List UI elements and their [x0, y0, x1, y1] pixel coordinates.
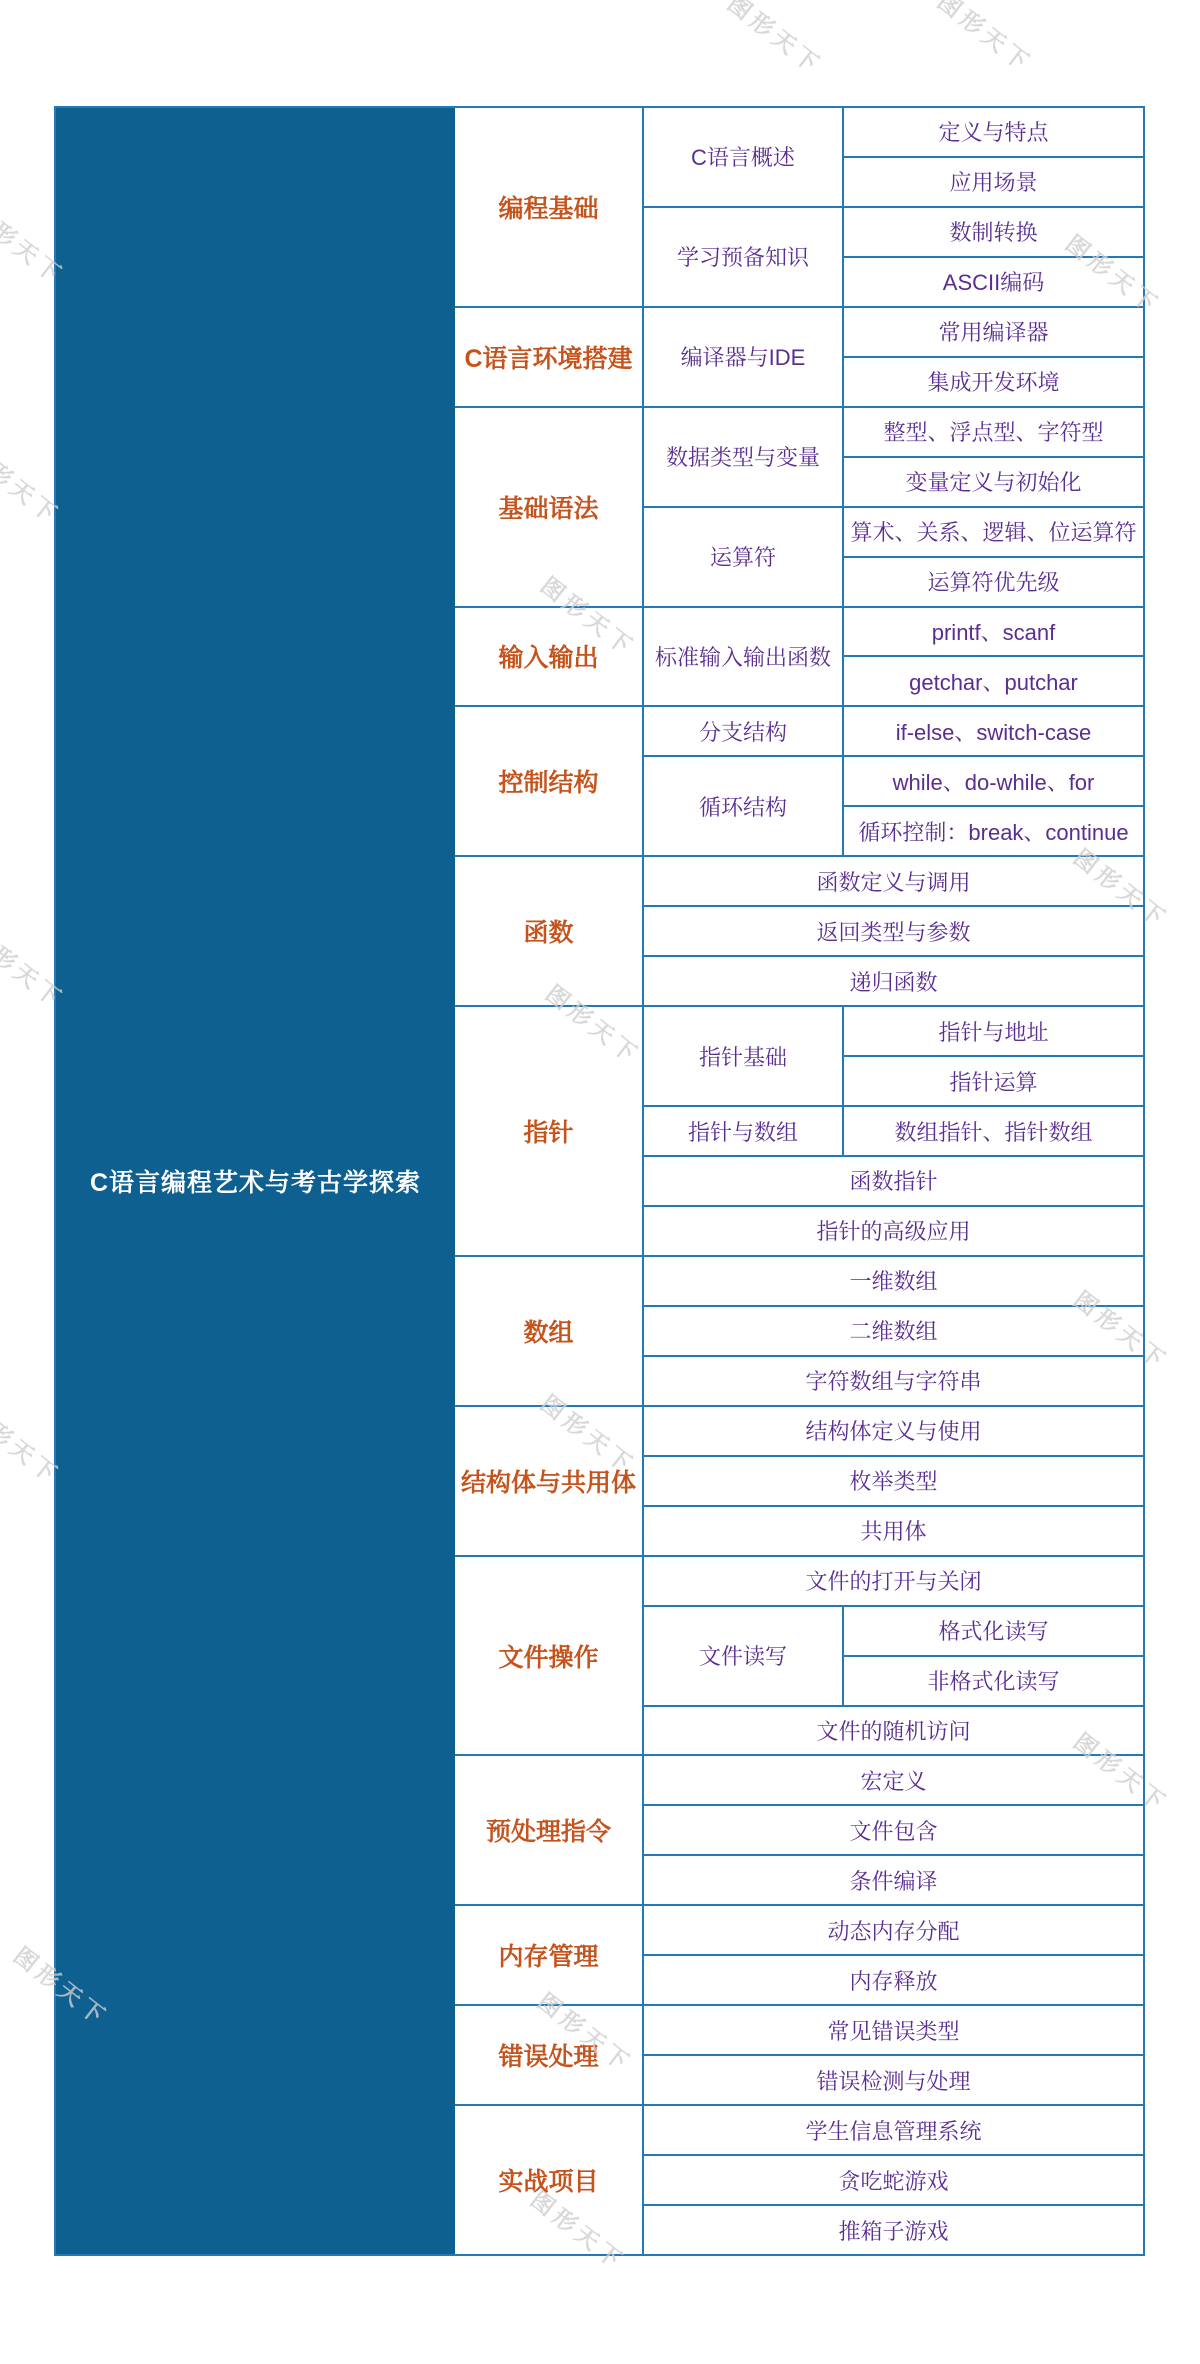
- group-row: 分支结构if-else、switch-case: [644, 707, 1143, 755]
- groups-container: 结构体定义与使用枚举类型共用体: [644, 1407, 1143, 1555]
- topic-cell: 预处理指令: [455, 1756, 644, 1904]
- group-row: 编译器与IDE常用编译器集成开发环境: [644, 308, 1143, 406]
- sections-container: 编程基础C语言概述定义与特点应用场景学习预备知识数制转换ASCII编码C语言环境…: [455, 108, 1143, 2254]
- topic-cell: 编程基础: [455, 108, 644, 306]
- subtopic-cell: C语言概述: [644, 108, 844, 206]
- groups-container: 学生信息管理系统贪吃蛇游戏推箱子游戏: [644, 2106, 1143, 2254]
- leaf-cell: 指针的高级应用: [644, 1205, 1143, 1255]
- groups-container: 标准输入输出函数printf、scanfgetchar、putchar: [644, 608, 1143, 706]
- subtopic-cell: 指针与数组: [644, 1107, 844, 1155]
- group-row: 宏定义文件包含条件编译: [644, 1756, 1143, 1904]
- groups-container: 分支结构if-else、switch-case循环结构while、do-whil…: [644, 707, 1143, 855]
- leaf-cell: 非格式化读写: [844, 1655, 1143, 1705]
- section-row: 控制结构分支结构if-else、switch-case循环结构while、do-…: [455, 705, 1143, 855]
- topic-cell: 内存管理: [455, 1906, 644, 2004]
- leaves-container: printf、scanfgetchar、putchar: [844, 608, 1143, 706]
- leaf-cell: 文件包含: [644, 1804, 1143, 1854]
- group-row: 一维数组二维数组字符数组与字符串: [644, 1257, 1143, 1405]
- section-row: 基础语法数据类型与变量整型、浮点型、字符型变量定义与初始化运算符算术、关系、逻辑…: [455, 406, 1143, 606]
- subtopic-cell: 指针基础: [644, 1007, 844, 1105]
- groups-container: C语言概述定义与特点应用场景学习预备知识数制转换ASCII编码: [644, 108, 1143, 306]
- leaf-cell: 共用体: [644, 1505, 1143, 1555]
- group-row: 指针与数组数组指针、指针数组: [644, 1105, 1143, 1155]
- topic-cell: 输入输出: [455, 608, 644, 706]
- topic-cell: 控制结构: [455, 707, 644, 855]
- topic-cell: C语言环境搭建: [455, 308, 644, 406]
- mindmap-page: C语言编程艺术与考古学探索 编程基础C语言概述定义与特点应用场景学习预备知识数制…: [0, 0, 1200, 2364]
- leaf-cell: 条件编译: [644, 1854, 1143, 1904]
- groups-container: 宏定义文件包含条件编译: [644, 1756, 1143, 1904]
- section-row: 输入输出标准输入输出函数printf、scanfgetchar、putchar: [455, 606, 1143, 706]
- root-topic-node: C语言编程艺术与考古学探索: [56, 108, 455, 2254]
- leaves-container: 格式化读写非格式化读写: [844, 1607, 1143, 1705]
- topic-cell: 实战项目: [455, 2106, 644, 2254]
- leaves-container: 结构体定义与使用枚举类型共用体: [644, 1407, 1143, 1555]
- leaf-cell: 二维数组: [644, 1305, 1143, 1355]
- leaves-container: 算术、关系、逻辑、位运算符运算符优先级: [844, 508, 1143, 606]
- subtopic-cell: 学习预备知识: [644, 208, 844, 306]
- subtopic-cell: 分支结构: [644, 707, 844, 755]
- group-row: 数据类型与变量整型、浮点型、字符型变量定义与初始化: [644, 408, 1143, 506]
- group-row: 文件读写格式化读写非格式化读写: [644, 1605, 1143, 1705]
- leaf-cell: if-else、switch-case: [844, 707, 1143, 755]
- groups-container: 常见错误类型错误检测与处理: [644, 2006, 1143, 2104]
- leaf-cell: 文件的随机访问: [644, 1707, 1143, 1755]
- topic-cell: 文件操作: [455, 1557, 644, 1755]
- section-row: 数组一维数组二维数组字符数组与字符串: [455, 1255, 1143, 1405]
- subtopic-cell: 运算符: [644, 508, 844, 606]
- leaf-cell: 结构体定义与使用: [644, 1407, 1143, 1455]
- leaves-container: 数制转换ASCII编码: [844, 208, 1143, 306]
- topic-cell: 基础语法: [455, 408, 644, 606]
- leaf-cell: 推箱子游戏: [644, 2204, 1143, 2254]
- subtopic-cell: 数据类型与变量: [644, 408, 844, 506]
- leaf-cell: 递归函数: [644, 955, 1143, 1005]
- leaves-container: 一维数组二维数组字符数组与字符串: [644, 1257, 1143, 1405]
- group-row: 动态内存分配内存释放: [644, 1906, 1143, 2004]
- group-row: 标准输入输出函数printf、scanfgetchar、putchar: [644, 608, 1143, 706]
- leaf-cell: 数制转换: [844, 208, 1143, 256]
- section-row: 文件操作文件的打开与关闭文件读写格式化读写非格式化读写文件的随机访问: [455, 1555, 1143, 1755]
- section-row: 指针指针基础指针与地址指针运算指针与数组数组指针、指针数组函数指针指针的高级应用: [455, 1005, 1143, 1255]
- groups-container: 编译器与IDE常用编译器集成开发环境: [644, 308, 1143, 406]
- group-row: 文件的打开与关闭: [644, 1557, 1143, 1605]
- leaves-container: 数组指针、指针数组: [844, 1107, 1143, 1155]
- leaves-container: 指针与地址指针运算: [844, 1007, 1143, 1105]
- watermark-text: 图形天下: [722, 0, 831, 81]
- leaf-cell: 常用编译器: [844, 308, 1143, 356]
- leaf-cell: getchar、putchar: [844, 655, 1143, 705]
- leaf-cell: while、do-while、for: [844, 757, 1143, 805]
- groups-container: 一维数组二维数组字符数组与字符串: [644, 1257, 1143, 1405]
- leaf-cell: 一维数组: [644, 1257, 1143, 1305]
- group-row: 文件的随机访问: [644, 1705, 1143, 1755]
- topic-cell: 函数: [455, 857, 644, 1005]
- leaf-cell: 运算符优先级: [844, 556, 1143, 606]
- leaf-cell: 枚举类型: [644, 1455, 1143, 1505]
- leaf-cell: 指针运算: [844, 1055, 1143, 1105]
- leaf-cell: 动态内存分配: [644, 1906, 1143, 1954]
- leaf-cell: ASCII编码: [844, 256, 1143, 306]
- section-row: 内存管理动态内存分配内存释放: [455, 1904, 1143, 2004]
- leaf-cell: 循环控制：break、continue: [844, 805, 1143, 855]
- groups-container: 动态内存分配内存释放: [644, 1906, 1143, 2004]
- leaves-container: 整型、浮点型、字符型变量定义与初始化: [844, 408, 1143, 506]
- topic-cell: 数组: [455, 1257, 644, 1405]
- group-row: 结构体定义与使用枚举类型共用体: [644, 1407, 1143, 1555]
- section-row: 实战项目学生信息管理系统贪吃蛇游戏推箱子游戏: [455, 2104, 1143, 2254]
- groups-container: 函数定义与调用返回类型与参数递归函数: [644, 857, 1143, 1005]
- topic-cell: 指针: [455, 1007, 644, 1255]
- leaf-cell: 函数定义与调用: [644, 857, 1143, 905]
- group-row: 函数定义与调用返回类型与参数递归函数: [644, 857, 1143, 1005]
- groups-container: 文件的打开与关闭文件读写格式化读写非格式化读写文件的随机访问: [644, 1557, 1143, 1755]
- group-row: 循环结构while、do-while、for循环控制：break、continu…: [644, 755, 1143, 855]
- group-row: 指针基础指针与地址指针运算: [644, 1007, 1143, 1105]
- section-row: 错误处理常见错误类型错误检测与处理: [455, 2004, 1143, 2104]
- leaf-cell: 变量定义与初始化: [844, 456, 1143, 506]
- leaves-container: 学生信息管理系统贪吃蛇游戏推箱子游戏: [644, 2106, 1143, 2254]
- leaves-container: 宏定义文件包含条件编译: [644, 1756, 1143, 1904]
- leaves-container: 定义与特点应用场景: [844, 108, 1143, 206]
- group-row: 常见错误类型错误检测与处理: [644, 2006, 1143, 2104]
- leaf-cell: 错误检测与处理: [644, 2054, 1143, 2104]
- leaf-cell: 文件的打开与关闭: [644, 1557, 1143, 1605]
- group-row: 运算符算术、关系、逻辑、位运算符运算符优先级: [644, 506, 1143, 606]
- section-row: 编程基础C语言概述定义与特点应用场景学习预备知识数制转换ASCII编码: [455, 108, 1143, 306]
- watermark-text: 图形天下: [932, 0, 1041, 79]
- leaf-cell: 格式化读写: [844, 1607, 1143, 1655]
- leaf-cell: 整型、浮点型、字符型: [844, 408, 1143, 456]
- topic-cell: 结构体与共用体: [455, 1407, 644, 1555]
- leaf-cell: 指针与地址: [844, 1007, 1143, 1055]
- leaf-cell: 定义与特点: [844, 108, 1143, 156]
- leaf-cell: 返回类型与参数: [644, 905, 1143, 955]
- leaves-container: 文件的打开与关闭: [644, 1557, 1143, 1605]
- leaves-container: 函数指针指针的高级应用: [644, 1157, 1143, 1255]
- leaves-container: 常见错误类型错误检测与处理: [644, 2006, 1143, 2104]
- subtopic-cell: 文件读写: [644, 1607, 844, 1705]
- subtopic-cell: 循环结构: [644, 757, 844, 855]
- groups-container: 指针基础指针与地址指针运算指针与数组数组指针、指针数组函数指针指针的高级应用: [644, 1007, 1143, 1255]
- group-row: 学生信息管理系统贪吃蛇游戏推箱子游戏: [644, 2106, 1143, 2254]
- leaves-container: while、do-while、for循环控制：break、continue: [844, 757, 1143, 855]
- section-row: 函数函数定义与调用返回类型与参数递归函数: [455, 855, 1143, 1005]
- leaf-cell: 算术、关系、逻辑、位运算符: [844, 508, 1143, 556]
- subtopic-cell: 标准输入输出函数: [644, 608, 844, 706]
- leaves-container: 文件的随机访问: [644, 1707, 1143, 1755]
- leaves-container: 函数定义与调用返回类型与参数递归函数: [644, 857, 1143, 1005]
- group-row: C语言概述定义与特点应用场景: [644, 108, 1143, 206]
- leaf-cell: 常见错误类型: [644, 2006, 1143, 2054]
- root-topic-title: C语言编程艺术与考古学探索: [90, 1163, 421, 1199]
- group-row: 函数指针指针的高级应用: [644, 1155, 1143, 1255]
- leaf-cell: 应用场景: [844, 156, 1143, 206]
- leaf-cell: 集成开发环境: [844, 356, 1143, 406]
- topic-cell: 错误处理: [455, 2006, 644, 2104]
- groups-container: 数据类型与变量整型、浮点型、字符型变量定义与初始化运算符算术、关系、逻辑、位运算…: [644, 408, 1143, 606]
- leaf-cell: 字符数组与字符串: [644, 1355, 1143, 1405]
- leaf-cell: printf、scanf: [844, 608, 1143, 656]
- section-row: C语言环境搭建编译器与IDE常用编译器集成开发环境: [455, 306, 1143, 406]
- leaf-cell: 内存释放: [644, 1954, 1143, 2004]
- group-row: 学习预备知识数制转换ASCII编码: [644, 206, 1143, 306]
- leaf-cell: 贪吃蛇游戏: [644, 2154, 1143, 2204]
- leaves-container: 动态内存分配内存释放: [644, 1906, 1143, 2004]
- leaves-container: if-else、switch-case: [844, 707, 1143, 755]
- leaf-cell: 学生信息管理系统: [644, 2106, 1143, 2154]
- section-row: 结构体与共用体结构体定义与使用枚举类型共用体: [455, 1405, 1143, 1555]
- section-row: 预处理指令宏定义文件包含条件编译: [455, 1754, 1143, 1904]
- leaf-cell: 函数指针: [644, 1157, 1143, 1205]
- leaf-cell: 数组指针、指针数组: [844, 1107, 1143, 1155]
- subtopic-cell: 编译器与IDE: [644, 308, 844, 406]
- leaves-container: 常用编译器集成开发环境: [844, 308, 1143, 406]
- leaf-cell: 宏定义: [644, 1756, 1143, 1804]
- mindmap-table: C语言编程艺术与考古学探索 编程基础C语言概述定义与特点应用场景学习预备知识数制…: [54, 106, 1145, 2256]
